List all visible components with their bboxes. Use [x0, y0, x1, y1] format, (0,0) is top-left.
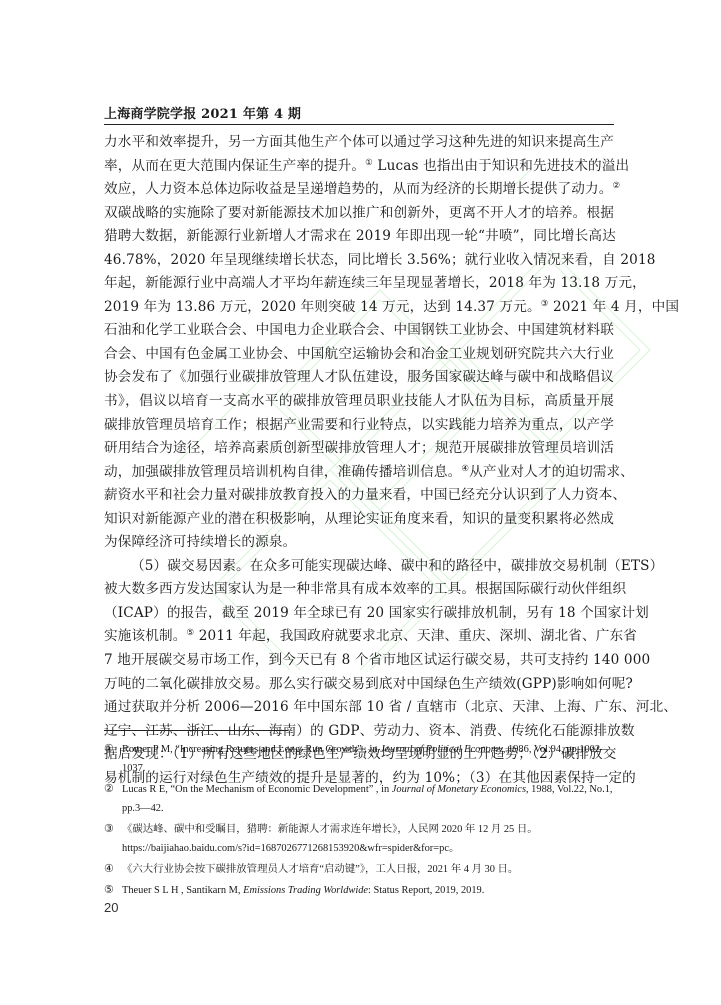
body-line: 双碳战略的实施除了要对新能源技术加以推广和创新外，更离不开人才的培养。根据 [104, 202, 614, 226]
body-line: 薪资水平和社会力量对碳排放教育投入的力量来看，中国已经充分认识到了人力资本、 [104, 484, 614, 508]
line-text: （ICAP）的报告，截至 2019 年全球已有 20 国家实行碳排放机制，另有 … [104, 605, 649, 621]
line-text: 为保障经济可持续增长的源泉。 [104, 534, 296, 550]
footnote-journal-title: Emissions Trading Worldwide [243, 885, 368, 896]
body-line: 万吨的二氧化碳排放交易。那么实行碳交易到底对中国绿色生产绩效(GPP)影响如何呢… [104, 673, 614, 697]
body-line: 年起，新能源行业中高端人才平均年薪连续三年呈现显著增长，2018 年为 13.1… [104, 272, 614, 296]
footnote-item: ①Romer P M, “Increasing Returns and Long… [104, 740, 619, 778]
journal-page: 上海商学院学报 2021 年第 4 期 力水平和效率提升，另一方面其他生产个体可… [0, 0, 721, 1005]
line-text: 双碳战略的实施除了要对新能源技术加以推广和创新外，更离不开人才的培养。根据 [104, 205, 614, 221]
body-line: 通过获取并分析 2006—2016 年中国东部 10 省 / 直辖市（北京、天津… [104, 696, 614, 720]
line-text-after: 2021 年 4 月，中国 [549, 299, 680, 315]
line-text: （5）碳交易因素。在众多可能实现碳达峰、碳中和的路径中，碳排放交易机制（ETS） [131, 558, 663, 574]
body-line: 46.78%，2020 年呈现继续增长状态，同比增长 3.56%；就行业收入情况… [104, 249, 614, 273]
line-text: 2019 年为 13.86 万元，2020 年则突破 14 万元，达到 14.3… [104, 299, 541, 315]
line-text: 合会、中国有色金属工业协会、中国航空运输协会和冶金工业规划研究院共六大行业 [104, 346, 614, 362]
footnote-number: ① [104, 740, 114, 759]
body-line: 动，加强碳排放管理员培训机构自律，准确传播培训信息。④从产业对人才的迫切需求、 [104, 461, 614, 485]
running-head: 上海商学院学报 2021 年第 4 期 [104, 103, 301, 122]
line-text: 书》，倡议以培育一支高水平的碳排放管理员职业技能人才队伍为目标，高质量开展 [104, 393, 614, 409]
body-line: 研用结合为途径，培养高素质创新型碳排放管理人才；规范开展碳排放管理员培训活 [104, 437, 614, 461]
body-line: 石油和化学工业联合会、中国电力企业联合会、中国钢铁工业协会、中国建筑材料联 [104, 319, 614, 343]
footnote-text: Theuer S L H , Santikarn M, [122, 885, 243, 896]
footnote-text: 《碳达峰、碳中和受瞩目，猎聘：新能源人才需求连年增长》，人民网 2020 年 1… [122, 824, 538, 854]
footnote-text: Romer P M, “Increasing Returns and Long–… [122, 744, 380, 755]
line-text: 石油和化学工业联合会、中国电力企业联合会、中国钢铁工业协会、中国建筑材料联 [104, 322, 614, 338]
footnote-marker[interactable]: ② [613, 181, 621, 191]
page-number: 20 [104, 900, 118, 915]
body-line: 效应，人力资本总体边际收益是呈递增趋势的，从而为经济的长期增长提供了动力。② [104, 178, 614, 202]
body-line: 合会、中国有色金属工业协会、中国航空运输协会和冶金工业规划研究院共六大行业 [104, 343, 614, 367]
body-line: 力水平和效率提升，另一方面其他生产个体可以通过学习这种先进的知识来提高生产 [104, 131, 614, 155]
footnote-text: 《六大行业协会按下碳排放管理员人才培育“启动键”》，工人日报，2021 年 4 … [122, 864, 518, 875]
line-text: 实施该机制。 [104, 628, 186, 644]
body-line: （ICAP）的报告，截至 2019 年全球已有 20 国家实行碳排放机制，另有 … [104, 602, 614, 626]
body-line: 协会发布了《加强行业碳排放管理人才队伍建设，服务国家碳达峰与碳中和战略倡议 [104, 366, 614, 390]
line-text: 通过获取并分析 2006—2016 年中国东部 10 省 / 直辖市（北京、天津… [104, 699, 677, 715]
body-line: 被大数多西方发达国家认为是一种非常具有成本效率的工具。根据国际碳行动伙伴组织 [104, 578, 614, 602]
footnote-marker[interactable]: ④ [461, 464, 469, 474]
footnote-number: ④ [104, 860, 114, 879]
body-line: 猎聘大数据，新能源行业新增人才需求在 2019 年即出现一轮“井喷”，同比增长高… [104, 225, 614, 249]
footnote-item: ②Lucas R E, “On the Mechanism of Economi… [104, 780, 619, 818]
line-text-after: 2011 年起，我国政府就要求北京、天津、重庆、深圳、湖北省、广东省 [194, 628, 637, 644]
body-line: 实施该机制。⑤ 2011 年起，我国政府就要求北京、天津、重庆、深圳、湖北省、广… [104, 625, 614, 649]
footnote-item: ③《碳达峰、碳中和受瞩目，猎聘：新能源人才需求连年增长》，人民网 2020 年 … [104, 820, 619, 858]
body-line: 知识对新能源产业的潜在积极影响，从理论实证角度来看，知识的量变积累将必然成 [104, 508, 614, 532]
line-text: 率，从而在更大范围内保证生产率的提升。 [104, 158, 365, 174]
line-text: 效应，人力资本总体边际收益是呈递增趋势的，从而为经济的长期增长提供了动力。 [104, 181, 613, 197]
line-text: 碳排放管理员培育工作；根据产业需要和行业特点，以实践能力培养为重点，以产学 [104, 417, 614, 433]
footnote-marker[interactable]: ① [365, 158, 373, 168]
line-text: 协会发布了《加强行业碳排放管理人才队伍建设，服务国家碳达峰与碳中和战略倡议 [104, 369, 614, 385]
line-text: 动，加强碳排放管理员培训机构自律，准确传播培训信息。 [104, 464, 461, 480]
footnote-number: ③ [104, 820, 114, 839]
line-text-after: 从产业对人才的迫切需求、 [469, 464, 634, 480]
footnote-number: ② [104, 780, 114, 799]
line-text: 46.78%，2020 年呈现继续增长状态，同比增长 3.56%；就行业收入情况… [104, 252, 656, 268]
footnote-item: ④《六大行业协会按下碳排放管理员人才培育“启动键”》，工人日报，2021 年 4… [104, 860, 619, 879]
line-text: 研用结合为途径，培养高素质创新型碳排放管理人才；规范开展碳排放管理员培训活 [104, 440, 614, 456]
line-text: 万吨的二氧化碳排放交易。那么实行碳交易到底对中国绿色生产绩效(GPP)影响如何呢… [104, 676, 633, 692]
body-line: 2019 年为 13.86 万元，2020 年则突破 14 万元，达到 14.3… [104, 296, 614, 320]
line-text: 知识对新能源产业的潜在积极影响，从理论实证角度来看，知识的量变积累将必然成 [104, 511, 614, 527]
line-text: 年起，新能源行业中高端人才平均年薪连续三年呈现显著增长，2018 年为 13.1… [104, 275, 646, 291]
footnote-number: ⑤ [104, 881, 114, 900]
footnote-rule [104, 730, 288, 731]
footnote-item: ⑤Theuer S L H , Santikarn M, Emissions T… [104, 881, 619, 900]
body-line: 为保障经济可持续增长的源泉。 [104, 531, 614, 555]
line-text: 猎聘大数据，新能源行业新增人才需求在 2019 年即出现一轮“井喷”，同比增长高… [104, 228, 616, 244]
footnote-marker[interactable]: ③ [541, 299, 549, 309]
footnote-journal-title: Journal of Monetary Economics [392, 784, 526, 795]
body-line: 碳排放管理员培育工作；根据产业需要和行业特点，以实践能力培养为重点，以产学 [104, 414, 614, 438]
body-line: （5）碳交易因素。在众多可能实现碳达峰、碳中和的路径中，碳排放交易机制（ETS） [104, 555, 614, 579]
line-text: 7 地开展碳交易市场工作，到今天已有 8 个省市地区试运行碳交易，共可支持约 1… [104, 652, 650, 668]
line-text: 力水平和效率提升，另一方面其他生产个体可以通过学习这种先进的知识来提高生产 [104, 134, 614, 150]
footnote-journal-title: Journal of Political Economy [380, 744, 503, 755]
body-line: 7 地开展碳交易市场工作，到今天已有 8 个省市地区试运行碳交易，共可支持约 1… [104, 649, 614, 673]
body-text: 力水平和效率提升，另一方面其他生产个体可以通过学习这种先进的知识来提高生产率，从… [104, 131, 614, 790]
line-text-after: Lucas 也指出由于知识和先进技术的溢出 [373, 158, 629, 174]
line-text: 薪资水平和社会力量对碳排放教育投入的力量来看，中国已经充分认识到了人力资本、 [104, 487, 626, 503]
footnote-text: Lucas R E, “On the Mechanism of Economic… [122, 784, 392, 795]
header-rule [104, 124, 614, 125]
footnote-text-after: : Status Report, 2019, 2019. [368, 885, 484, 896]
body-line: 书》，倡议以培育一支高水平的碳排放管理员职业技能人才队伍为目标，高质量开展 [104, 390, 614, 414]
line-text: 被大数多西方发达国家认为是一种非常具有成本效率的工具。根据国际碳行动伙伴组织 [104, 581, 626, 597]
footnotes: ①Romer P M, “Increasing Returns and Long… [104, 740, 619, 902]
body-line: 率，从而在更大范围内保证生产率的提升。① Lucas 也指出由于知识和先进技术的… [104, 155, 614, 179]
